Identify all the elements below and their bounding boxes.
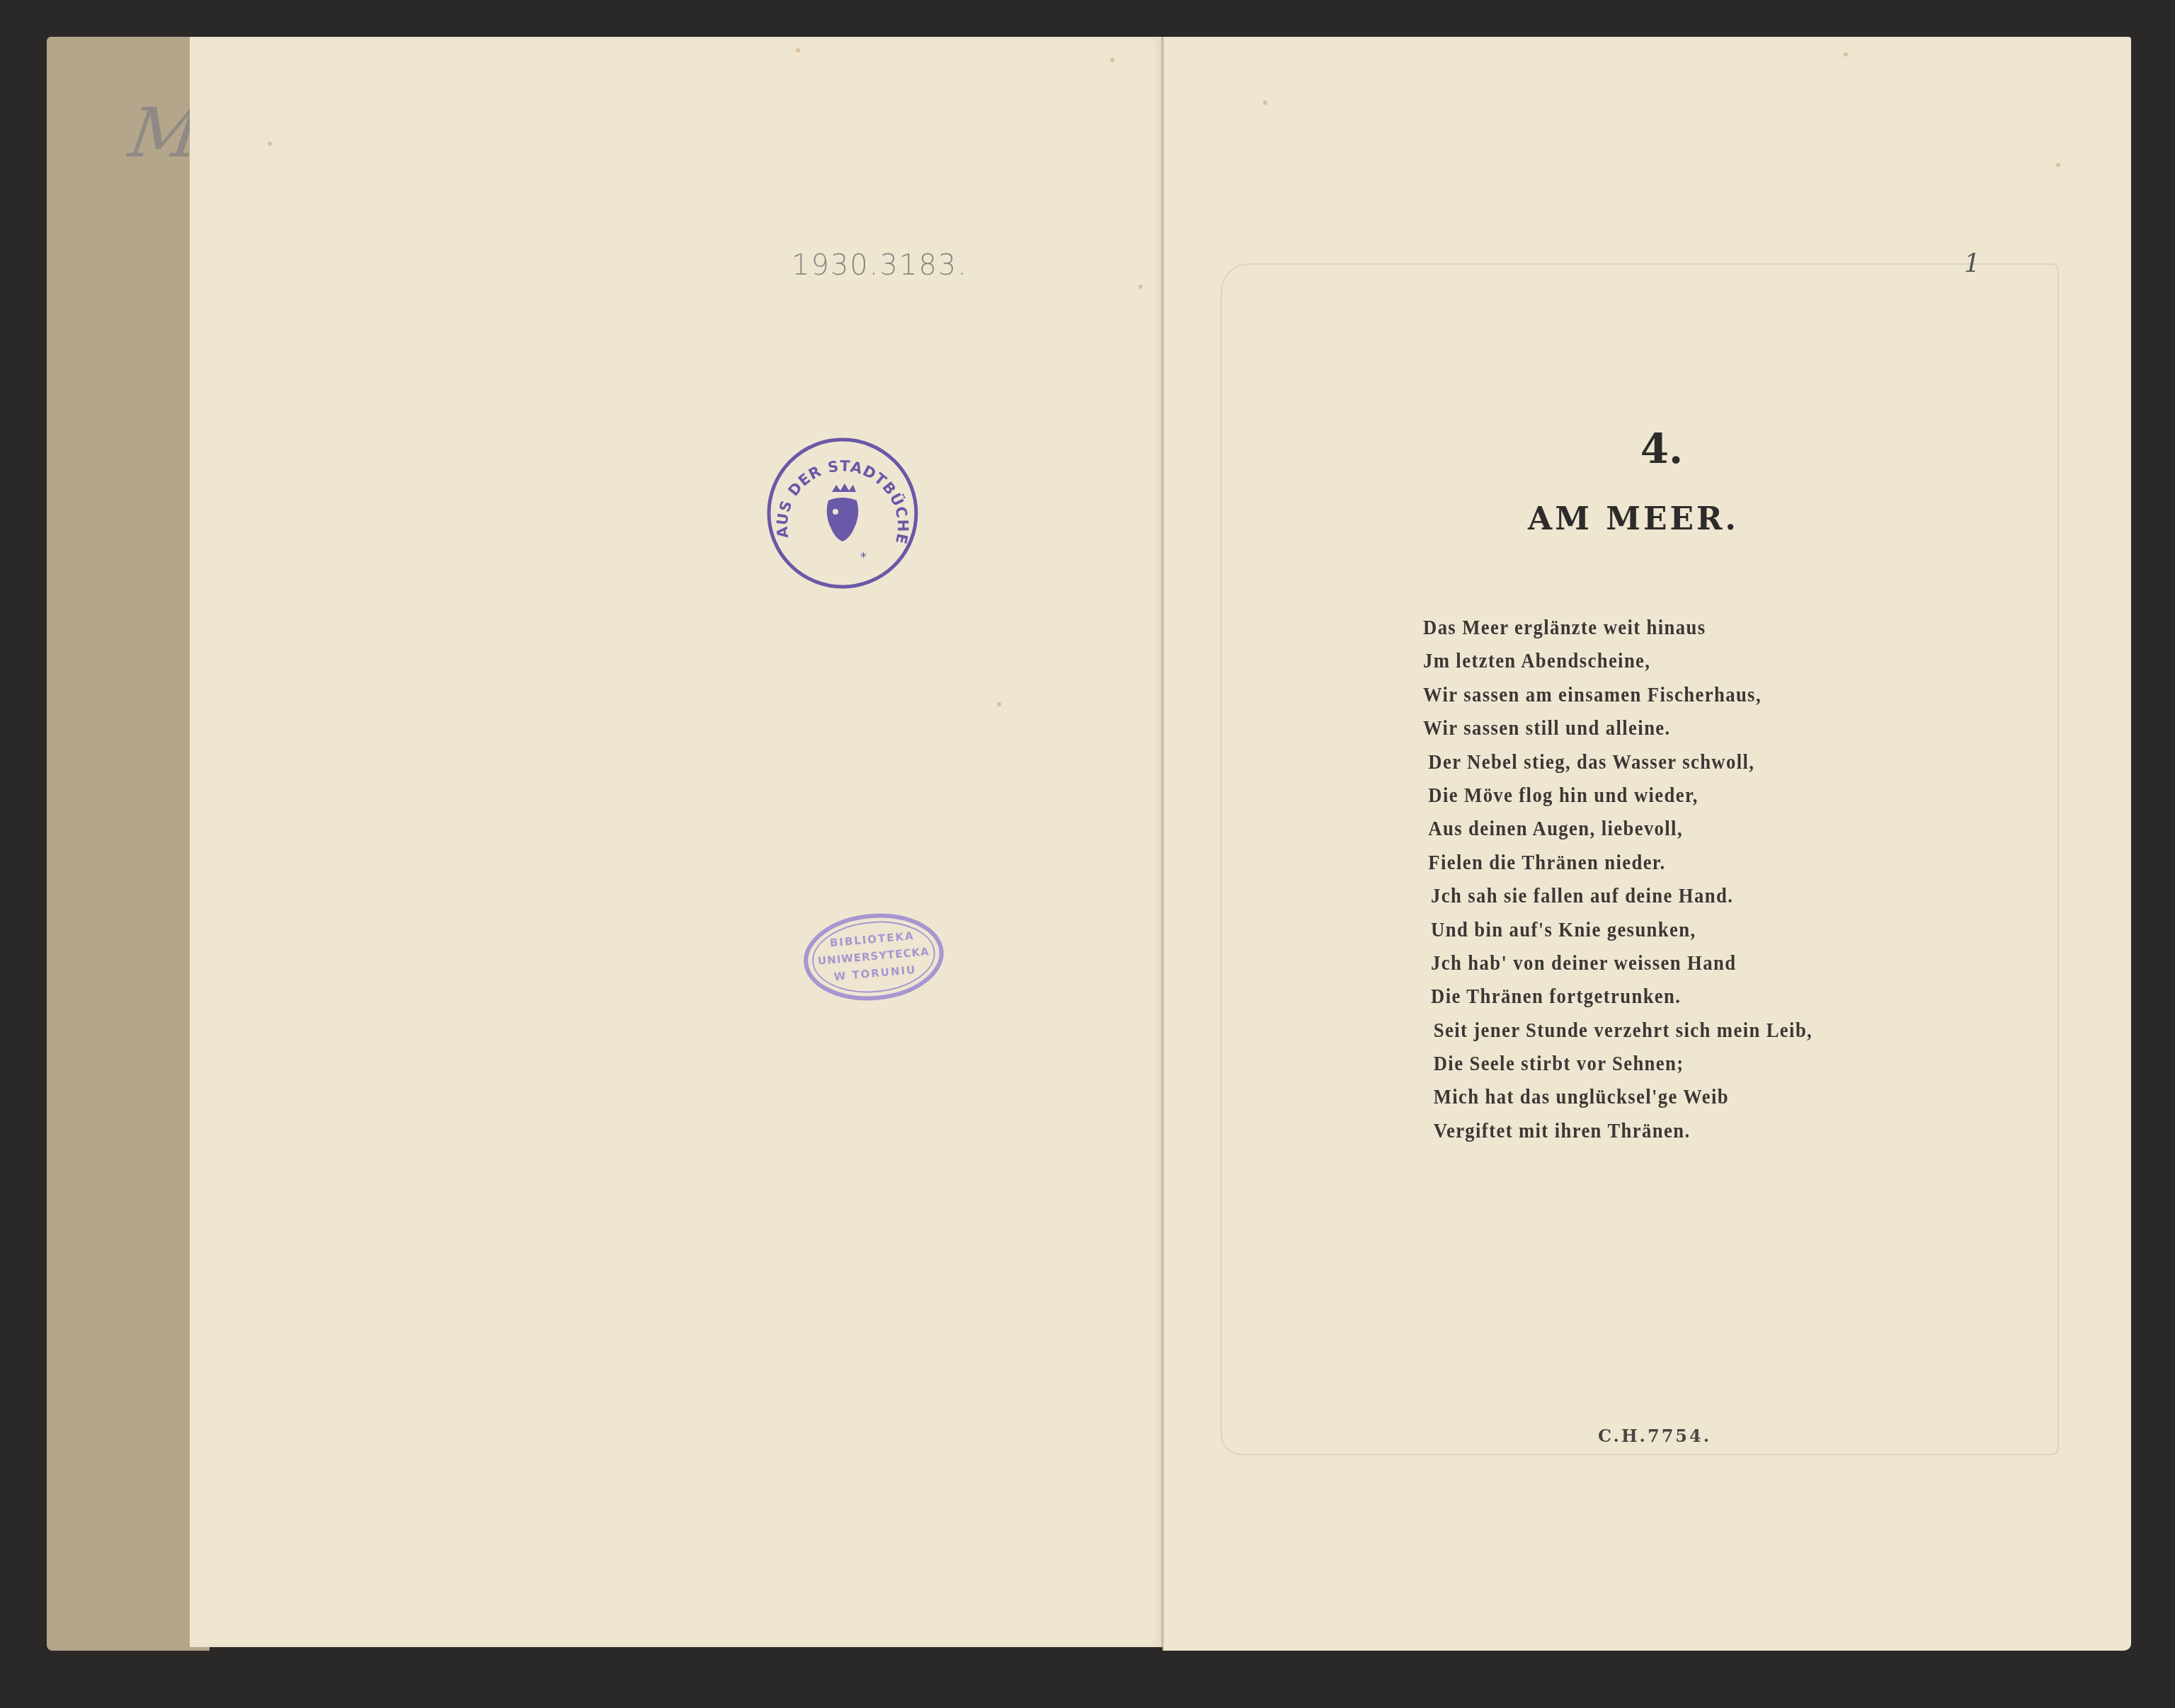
svg-text:BIBLIOTEKA: BIBLIOTEKA xyxy=(829,929,915,949)
poem-line: Wir sassen still und alleine. xyxy=(1423,712,1812,745)
book-cover-strip: Mx xyxy=(47,37,210,1651)
poem-line: Mich hat das unglücksel'ge Weib xyxy=(1423,1081,1812,1114)
poem-text: Das Meer erglänzte weit hinaus Jm letzte… xyxy=(1423,612,1846,1148)
page-number: 1 xyxy=(1964,249,1980,278)
plate-number: C.H.7754. xyxy=(1164,1426,2131,1446)
foxing-spot xyxy=(997,702,1001,706)
foxing-spot xyxy=(1263,101,1267,105)
accession-number: 1930.3183. xyxy=(792,249,968,282)
poem-line: Der Nebel stieg, das Wasser schwoll, xyxy=(1423,746,1812,779)
poem-line: Vergiftet mit ihren Thränen. xyxy=(1423,1115,1812,1148)
poem-title: AM MEER. xyxy=(1164,501,2131,537)
poem-line: Jch sah sie fallen auf deine Hand. xyxy=(1423,880,1812,913)
left-page: 1930.3183. AUS DER STADTBÜCHEREI STETTIN… xyxy=(190,37,1163,1647)
poem-line: Jm letzten Abendscheine, xyxy=(1423,645,1812,678)
poem-line: Und bin auf's Knie gesunken, xyxy=(1423,914,1812,947)
poem-line: Aus deinen Augen, liebevoll, xyxy=(1423,813,1812,846)
foxing-spot xyxy=(1110,58,1114,62)
library-stamp-torun: BIBLIOTEKA UNIWERSYTECKA W TORUNIU xyxy=(803,912,944,1002)
poem-line: Die Seele stirbt vor Sehnen; xyxy=(1423,1048,1812,1081)
poem-line: Jch hab' von deiner weissen Hand xyxy=(1423,947,1812,980)
oval-stamp-icon: BIBLIOTEKA UNIWERSYTECKA W TORUNIU xyxy=(803,912,944,1002)
foxing-spot xyxy=(1844,52,1848,57)
poem-line: Die Möve flog hin und wieder, xyxy=(1423,779,1812,813)
round-stamp-icon: AUS DER STADTBÜCHEREI STETTIN * xyxy=(765,435,920,591)
poem-line: Wir sassen am einsamen Fischerhaus, xyxy=(1423,679,1812,712)
svg-text:*: * xyxy=(860,550,867,565)
svg-text:W TORUNIU: W TORUNIU xyxy=(833,963,917,983)
library-stamp-stettin: AUS DER STADTBÜCHEREI STETTIN * xyxy=(765,435,920,591)
poem-number: 4. xyxy=(1164,425,2131,473)
foxing-spot xyxy=(2056,163,2060,167)
poem-line: Das Meer erglänzte weit hinaus xyxy=(1423,612,1812,645)
poem-line: Fielen die Thränen nieder. xyxy=(1423,847,1812,880)
poem-line: Die Thränen fortgetrunken. xyxy=(1423,980,1812,1014)
foxing-spot xyxy=(1138,285,1143,289)
right-page: 1 4. AM MEER. Das Meer erglänzte weit hi… xyxy=(1163,37,2131,1651)
foxing-spot xyxy=(796,48,800,52)
poem-line: Seit jener Stunde verzehrt sich mein Lei… xyxy=(1423,1014,1812,1048)
foxing-spot xyxy=(268,142,272,146)
